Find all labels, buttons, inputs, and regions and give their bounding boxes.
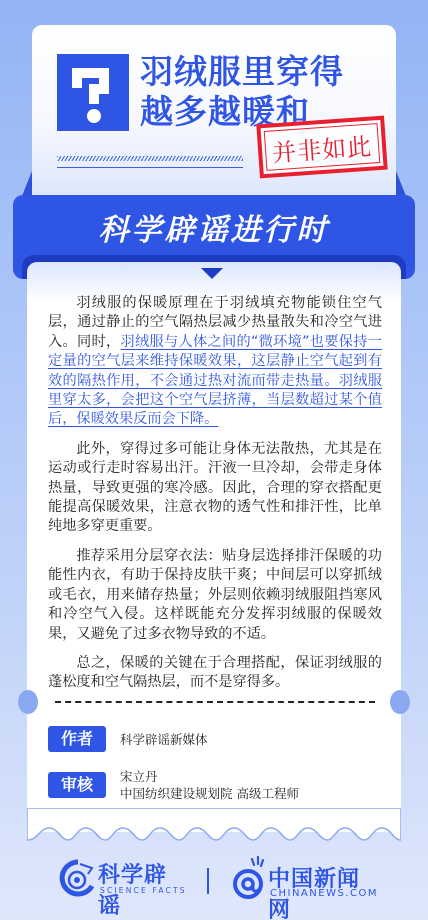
- footer: 科学辟谣 SCIENCE FACTS 中国新闻网 CHINANEWS.COM: [0, 852, 428, 912]
- reviewer-info: 宋立丹 中国纺织建设规划院 高级工程师: [120, 768, 299, 802]
- author-badge: 作者: [48, 726, 106, 752]
- logo1-subtext: SCIENCE FACTS: [100, 886, 187, 895]
- question-mark-icon: [57, 54, 129, 131]
- chinanews-logo: 中国新闻网 CHINANEWS.COM: [232, 856, 382, 904]
- triangle-down-icon: [201, 268, 223, 279]
- wavy-edge: [27, 808, 401, 848]
- author-value: 科学辟谣新媒体: [120, 731, 208, 748]
- science-facts-logo: 科学辟谣 SCIENCE FACTS: [58, 858, 188, 904]
- ticket-notch-left: [18, 690, 38, 714]
- reviewer-title: 中国纺织建设规划院 高级工程师: [120, 785, 299, 802]
- at-sign-icon: [232, 856, 268, 900]
- reviewer-name: 宋立丹: [120, 768, 299, 785]
- stamp-text: 并非如此: [264, 123, 381, 171]
- ticket-notch-right: [390, 690, 410, 714]
- paragraph-2: 此外，穿得过多可能让身体无法散热，尤其是在运动或行走时容易出汗。汗液一旦冷却，会…: [48, 440, 382, 537]
- logo-separator: [207, 868, 209, 894]
- banner-title: 科学辟谣进行时: [13, 205, 415, 249]
- paragraph-4: 总之，保暖的关键在于合理搭配，保证羽绒服的蓬松度和空气隔热层，而不是穿得多。: [48, 654, 382, 693]
- decorative-stripes: [57, 156, 243, 161]
- logo2-subtext: CHINANEWS.COM: [270, 888, 378, 899]
- science-facts-emblem-icon: [58, 858, 96, 898]
- paragraph-1: 羽绒服的保暖原理在于羽绒填充物能锁住空气层，通过静止的空气隔热层减少热量散失和冷…: [48, 294, 382, 430]
- decorative-line: [57, 167, 243, 168]
- reviewer-badge: 审核: [48, 772, 106, 798]
- article-body: 羽绒服的保暖原理在于羽绒填充物能锁住空气层，通过静止的空气隔热层减少热量散失和冷…: [48, 294, 382, 703]
- verdict-stamp: 并非如此: [256, 116, 387, 179]
- title-line-1: 羽绒服里穿得: [140, 52, 344, 92]
- dashed-divider: [55, 701, 375, 703]
- paragraph-3: 推荐采用分层穿衣法：贴身层选择排汗保暖的功能性内衣，有助于保持皮肤干爽；中间层可…: [48, 547, 382, 644]
